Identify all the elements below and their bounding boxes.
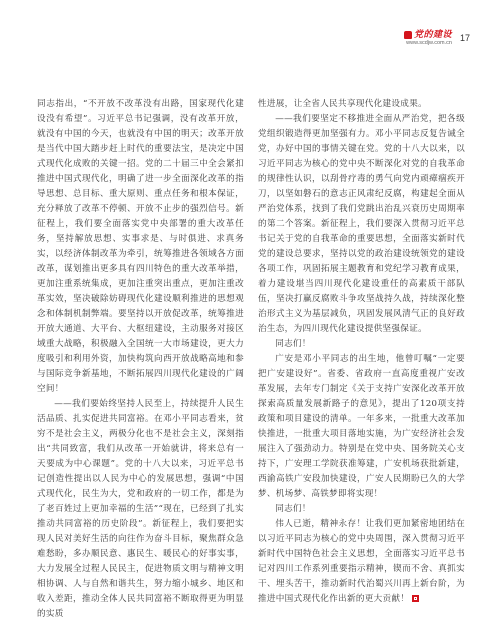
page-header: 党的建设 www.scdjw.com.cn 17 (404, 30, 470, 47)
magazine-logo: 党的建设 www.scdjw.com.cn (404, 30, 452, 47)
paragraph: 同志指出，“不开放不改革没有出路，国家现代化建设没有希望”。习近平总书记强调，没… (37, 97, 244, 397)
logo-row: 党的建设 (404, 30, 452, 40)
paragraph-final: 伟人已逝，精神永存！让我们更加紧密地团结在以习近平同志为核心的党中央周围，深入贯… (258, 517, 465, 607)
paragraph-text: 伟人已逝，精神永存！让我们更加紧密地团结在以习近平同志为核心的党中央周围，深入贯… (258, 519, 465, 604)
article-body: 同志指出，“不开放不改革没有出路，国家现代化建设没有希望”。习近平总书记强调，没… (37, 97, 467, 622)
page-number: 17 (460, 33, 470, 43)
party-emblem-icon (404, 31, 412, 39)
logo-url: www.scdjw.com.cn (406, 40, 452, 47)
left-column: 同志指出，“不开放不改革没有出路，国家现代化建设没有希望”。习近平总书记强调，没… (37, 97, 244, 622)
paragraph: 性进展，让全省人民共享现代化建设成果。 (258, 97, 465, 112)
paragraph: ——我们要始终坚持人民至上，持续提升人民生活品质、扎实促进共同富裕。在邓小平同志… (37, 397, 244, 622)
end-of-article-icon (412, 595, 419, 602)
right-column: 性进展，让全省人民共享现代化建设成果。 ——我们要坚定不移推进全面从严治党，把各… (258, 97, 465, 622)
paragraph: 广安是邓小平同志的出生地，他曾叮嘱“一定要把广安建设好”。省委、省政府一直高度重… (258, 352, 465, 502)
paragraph: 同志们！ (258, 337, 465, 352)
logo-text: 党的建设 (414, 30, 452, 40)
paragraph: ——我们要坚定不移推进全面从严治党，把各级党组织锻造得更加坚强有力。邓小平同志反… (258, 112, 465, 337)
paragraph: 同志们！ (258, 502, 465, 517)
